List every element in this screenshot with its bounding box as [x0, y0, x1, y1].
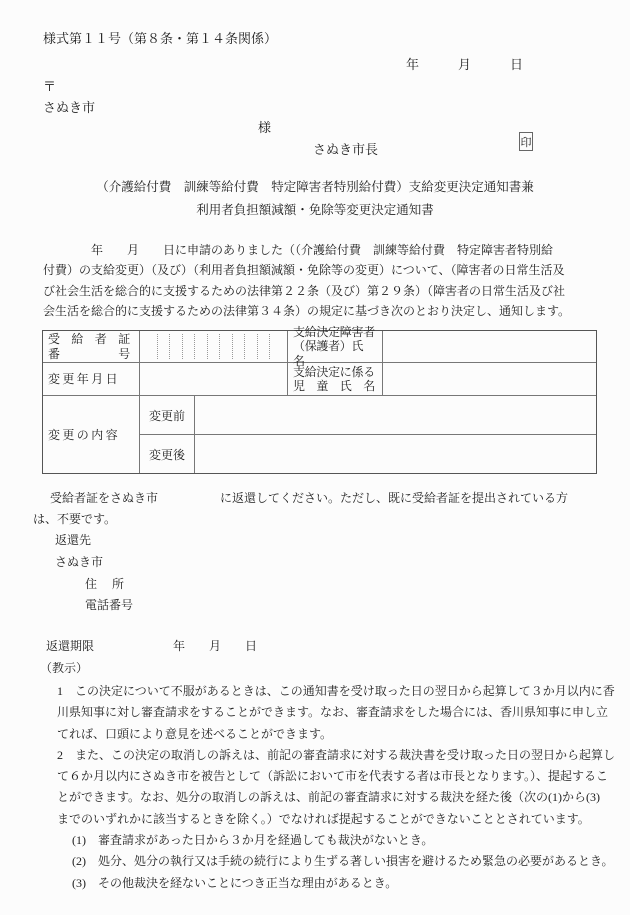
return-to-label: 返還先	[55, 531, 91, 548]
after-value-cell	[195, 435, 596, 473]
kyoji-line: 1 この決定について不服があるときは、この通知書を受け取った日の翌日から起算して…	[57, 681, 615, 702]
body-paragraph: 年 月 日に申請のありました（（介護給付費 訓練等給付費 特定障害者特別給 付費…	[43, 240, 570, 321]
mayor-name: さぬき市長	[313, 139, 378, 158]
decision-table: 受 給 者 証 番 号 支給決定障害者 （保護者）氏 名 変 更 年 月 日 支…	[42, 330, 597, 474]
before-value-cell	[195, 396, 596, 434]
recipient-no-label: 受 給 者 証 番 号	[43, 331, 140, 362]
deadline-date-line: 年 月 日	[173, 637, 257, 654]
body-line: び社会生活を総合的に支援するための法律第２２条（及び）第２９条）（障害者の日常生…	[43, 281, 570, 301]
change-date-value-cell	[140, 363, 288, 395]
header-date-line: 年 月 日	[406, 54, 523, 73]
table-row: 変更後	[140, 435, 596, 473]
table-row-group-change-content: 変 更 の 内 容 変更前 変更後	[43, 396, 596, 473]
table-row: 変 更 年 月 日 支給決定に係る 児 童 氏 名	[43, 363, 596, 396]
before-label: 変更前	[140, 396, 195, 434]
grantee-name-value-cell	[383, 331, 596, 362]
change-date-label: 変 更 年 月 日	[43, 363, 140, 395]
kyoji-heading: （教示）	[40, 659, 88, 676]
return-to-city: さぬき市	[55, 553, 103, 570]
kyoji-subitem: (3) その他裁決を経ないことにつき正当な理由があるとき。	[57, 873, 615, 894]
kyoji-subitem: (2) 処分、処分の執行又は手続の続行により生ずる著しい損害を避けるため緊急の必…	[57, 851, 615, 872]
return-note-line1: 受給者証をさぬき市に返還してください。ただし、既に受給者証を提出されている方	[38, 489, 568, 506]
return-to-phone-label: 電話番号	[85, 596, 133, 613]
table-row: 受 給 者 証 番 号 支給決定障害者 （保護者）氏 名	[43, 331, 596, 363]
seal-box: 印	[519, 132, 533, 151]
kyoji-line: てれば、口頭により意見を述べることができます。	[57, 724, 615, 745]
grantee-name-label: 支給決定障害者 （保護者）氏 名	[288, 331, 383, 362]
kyoji-section: 1 この決定について不服があるときは、この通知書を受け取った日の翌日から起算して…	[57, 681, 615, 894]
return-note-line2: は、不要です。	[33, 510, 116, 527]
deadline-label: 返還期限	[46, 637, 94, 654]
form-number: 様式第１１号（第８条・第１４条関係）	[43, 28, 277, 47]
kyoji-subitem: (1) 審査請求があった日から３か月を経過しても裁決がないとき。	[57, 830, 615, 851]
after-label: 変更後	[140, 435, 195, 473]
addressee-city: さぬき市	[43, 97, 95, 116]
body-line: 会生活を総合的に支援するための法律第３４条）の規定に基づき次のとおり決定し、通知…	[43, 301, 570, 321]
kyoji-line: 2 また、この決定の取消しの訴えは、前記の審査請求に対する裁決書を受け取った日の…	[57, 745, 615, 766]
body-line: 年 月 日に申請のありました（（介護給付費 訓練等給付費 特定障害者特別給	[43, 240, 570, 260]
addressee-honorific: 様	[258, 117, 271, 136]
table-row: 変更前	[140, 396, 596, 435]
document-title-line1: （介護給付費 訓練等給付費 特定障害者特別給付費）支給変更決定通知書兼	[0, 177, 630, 195]
body-line: 付費）の支給変更）（及び）（利用者負担額減額・免除等の変更）について、（障害者の…	[43, 260, 570, 280]
kyoji-line: 川県知事に対し審査請求をすることができます。なお、審査請求をした場合には、香川県…	[57, 702, 615, 723]
recipient-no-value-cell	[140, 331, 288, 362]
return-to-address-label: 住 所	[85, 575, 124, 592]
child-name-label: 支給決定に係る 児 童 氏 名	[288, 363, 383, 395]
document-page: 様式第１１号（第８条・第１４条関係） 年 月 日 〒 さぬき市 様 さぬき市長 …	[0, 0, 630, 915]
child-name-value-cell	[383, 363, 596, 395]
change-content-label: 変 更 の 内 容	[43, 396, 140, 473]
kyoji-line: て６か月以内にさぬき市を被告として（訴訟において市を代表する者は市長となります。…	[57, 766, 615, 787]
kyoji-line: とができます。なお、処分の取消しの訴えは、前記の審査請求に対する裁決を経た後（次…	[57, 787, 615, 808]
kyoji-line: までのいずれかに該当するときを除く。）でなければ提起することができないこととされ…	[57, 809, 615, 830]
postal-mark: 〒	[43, 76, 56, 95]
document-title-line2: 利用者負担額減額・免除等変更決定通知書	[0, 200, 630, 218]
